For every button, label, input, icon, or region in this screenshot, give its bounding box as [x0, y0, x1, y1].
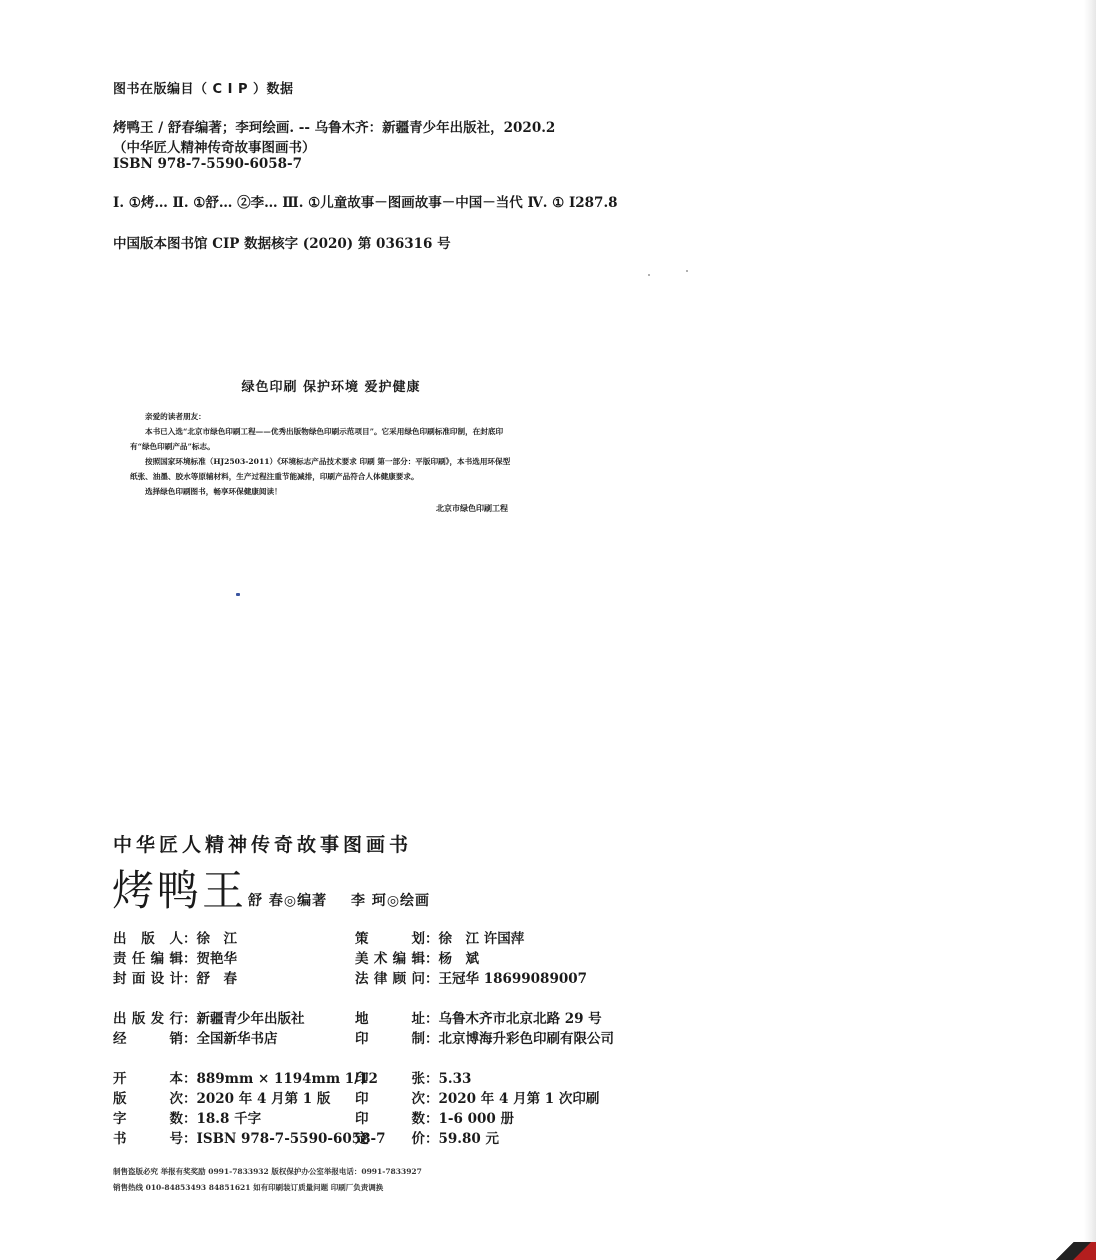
scan-speck [686, 270, 688, 272]
spec-row: 书号：ISBN 978-7-5590-6058-7 [113, 1129, 386, 1149]
cip-isbn: ISBN 978-7-5590-6058-7 [113, 156, 302, 172]
publisher-row: 出版发行：新疆青少年出版社 [113, 1009, 305, 1029]
credit-row: 出版人：徐 江 [113, 929, 237, 949]
cip-heading: 图书在版编目（ C I P ）数据 [113, 78, 294, 97]
spec-row: 版次：2020 年 4 月第 1 版 [113, 1089, 330, 1109]
book-title: 烤鸭王 [112, 858, 247, 918]
illustrator: 李 珂◎绘画 [351, 893, 430, 909]
spec-row: 开本：889mm × 1194mm 1/12 [113, 1069, 378, 1089]
green-printing-paragraph: 本书已入选“北京市绿色印刷工程——优秀出版物绿色印刷示范项目”。它采用绿色印刷标… [130, 424, 512, 454]
publisher-row: 经销：全国新华书店 [113, 1029, 278, 1049]
cip-record: 烤鸭王 / 舒春编著；李珂绘画. -- 乌鲁木齐：新疆青少年出版社，2020.2 [113, 116, 555, 136]
cover-corner [1056, 1242, 1096, 1260]
spec-row: 字数：18.8 千字 [113, 1109, 261, 1129]
credit-row: 美术编辑：杨 斌 [355, 949, 479, 969]
spec-row: 定价：59.80 元 [355, 1129, 499, 1149]
cip-approval-number: 中国版本图书馆 CIP 数据核字 (2020) 第 036316 号 [113, 232, 451, 252]
sales-hotline: 销售热线 010-84853493 84851621 如有印刷装订质量问题 印刷… [113, 1182, 383, 1193]
green-printing-paragraph: 选择绿色印刷图书，畅享环保健康阅读！ [130, 484, 512, 499]
authors-line: 舒 春◎编著 李 珂◎绘画 [248, 890, 448, 910]
scan-speck [648, 274, 650, 276]
scan-speck [236, 593, 240, 596]
credit-row: 责任编辑：贺艳华 [113, 949, 237, 969]
green-printing-salutation: 亲爱的读者朋友： [130, 409, 512, 424]
publisher-row: 印制：北京博海升彩色印刷有限公司 [355, 1029, 614, 1049]
cip-series: （中华匠人精神传奇故事图画书） [113, 136, 316, 156]
spec-row: 印张：5.33 [355, 1069, 471, 1089]
green-printing-paragraph: 按照国家环境标准（HJ2503-2011）《环境标志产品技术要求 印刷 第一部分… [130, 454, 512, 484]
green-printing-notice: 绿色印刷 保护环境 爱护健康 亲爱的读者朋友： 本书已入选“北京市绿色印刷工程—… [130, 376, 512, 514]
page-edge-shadow [1084, 0, 1096, 1260]
spec-row: 印数：1-6 000 册 [355, 1109, 514, 1129]
green-printing-title: 绿色印刷 保护环境 爱护健康 [150, 376, 512, 395]
spec-row: 印次：2020 年 4 月第 1 次印刷 [355, 1089, 599, 1109]
credit-row: 封面设计：舒 春 [113, 969, 237, 989]
series-title: 中华匠人精神传奇故事图画书 [113, 830, 412, 857]
credit-row: 法律顾问：王冠华 18699089007 [355, 969, 587, 989]
credit-row: 策划：徐 江 许国萍 [355, 929, 524, 949]
anti-piracy-notice: 制售盗版必究 举报有奖奖励 0991-7833932 版权保护办公室举报电话：0… [113, 1166, 422, 1177]
author: 舒 春◎编著 [248, 893, 327, 909]
green-printing-signature: 北京市绿色印刷工程 [130, 503, 508, 514]
publisher-row: 地址：乌鲁木齐市北京北路 29 号 [355, 1009, 602, 1029]
cip-classification: Ⅰ. ①烤… Ⅱ. ①舒… ②李… Ⅲ. ①儿童故事－图画故事－中国－当代 Ⅳ.… [113, 191, 618, 211]
